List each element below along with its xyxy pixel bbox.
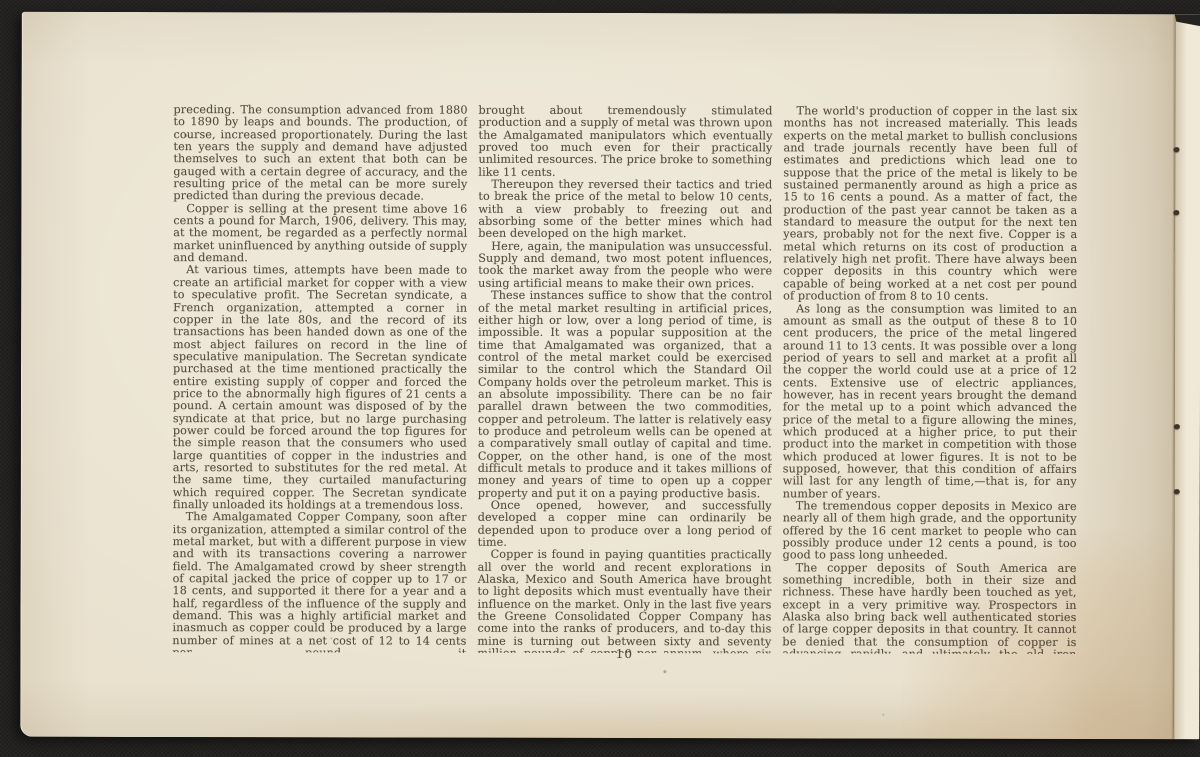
paragraph: Here, again, the manipulation was unsucc… — [478, 241, 772, 291]
dust-speck — [906, 139, 909, 142]
paragraph: Thereupon they reversed their tactics an… — [478, 179, 772, 241]
text-column-center: brought about tremendously stimulated pr… — [477, 105, 772, 654]
paragraph: Once opened, however, and successfully d… — [478, 500, 772, 550]
page-number: 10 — [477, 647, 771, 662]
next-page-edge — [1174, 14, 1200, 739]
paragraph: The tremendous copper deposits in Mexico… — [783, 500, 1077, 562]
dust-speck — [1031, 314, 1033, 316]
paper-stain-soft — [200, 697, 1199, 739]
paragraph: The copper deposits of South America are… — [782, 562, 1076, 654]
book-page: preceding. The consumption advanced from… — [20, 12, 1200, 739]
paragraph: The Amalgamated Copper Company, soon aft… — [172, 511, 466, 652]
text-column-left: preceding. The consumption advanced from… — [172, 104, 467, 653]
dust-speck — [184, 134, 187, 137]
text-column-right: The world's production of copper in the … — [782, 105, 1077, 654]
dust-speck — [882, 714, 884, 716]
dust-speck — [663, 670, 666, 673]
paragraph: preceding. The consumption advanced from… — [173, 104, 467, 203]
dust-speck — [310, 385, 312, 387]
dust-speck — [330, 637, 332, 639]
paragraph: The world's production of copper in the … — [783, 105, 1077, 303]
dust-speck — [711, 161, 713, 163]
paragraph: Copper is found in paying quantities pra… — [477, 549, 771, 653]
paragraph: Copper is selling at the present time ab… — [173, 203, 467, 265]
paragraph: At various times, attempts have been mad… — [173, 265, 468, 512]
paragraph: These instances suffice to show that the… — [478, 290, 772, 500]
paragraph: As long as the consumption was limited t… — [783, 303, 1077, 501]
paragraph: brought about tremendously stimulated pr… — [478, 105, 772, 180]
